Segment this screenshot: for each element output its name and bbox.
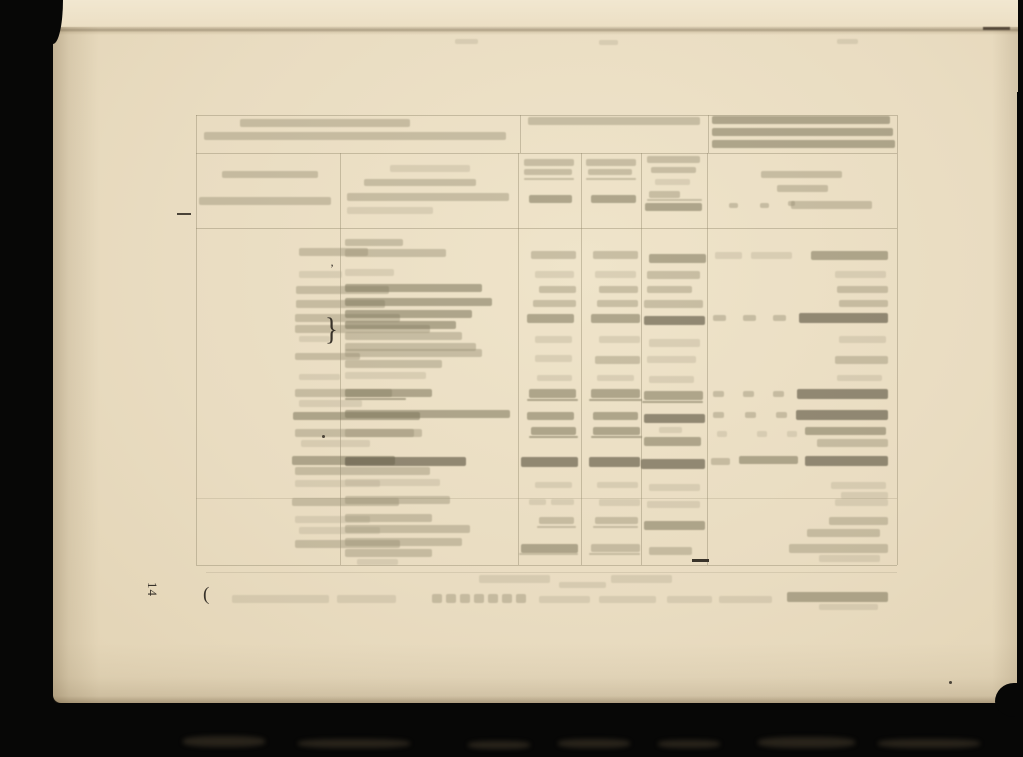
table-dash-ink-mark <box>692 559 709 562</box>
page-edge-shadow <box>53 696 1018 703</box>
ink-speck <box>322 435 325 438</box>
apostrophe-ink-mark: ’ <box>330 262 334 274</box>
book-page <box>53 0 1018 703</box>
page-top-crease <box>53 26 1018 35</box>
edge-shadow-blob <box>468 741 530 749</box>
margin-dash-ink-mark <box>177 213 191 215</box>
edge-shadow-blob <box>658 740 720 748</box>
top-edge-dash-mark <box>983 27 1010 30</box>
brace-ink-mark: } <box>325 314 338 346</box>
ink-speck <box>949 681 952 684</box>
scan-background: 14 ( } ’ <box>0 0 1023 757</box>
edge-shadow-blob <box>558 739 630 748</box>
edge-shadow-blob <box>298 739 410 748</box>
edge-shadow-blob <box>878 739 980 748</box>
page-right-edge-gap <box>1017 92 1023 757</box>
edge-shadow-blob <box>183 736 265 747</box>
edge-shadow-blob <box>758 737 855 748</box>
page-curl-highlight <box>53 0 1018 27</box>
page-number: 14 <box>146 582 159 597</box>
paren-ink-mark: ( <box>203 585 209 604</box>
